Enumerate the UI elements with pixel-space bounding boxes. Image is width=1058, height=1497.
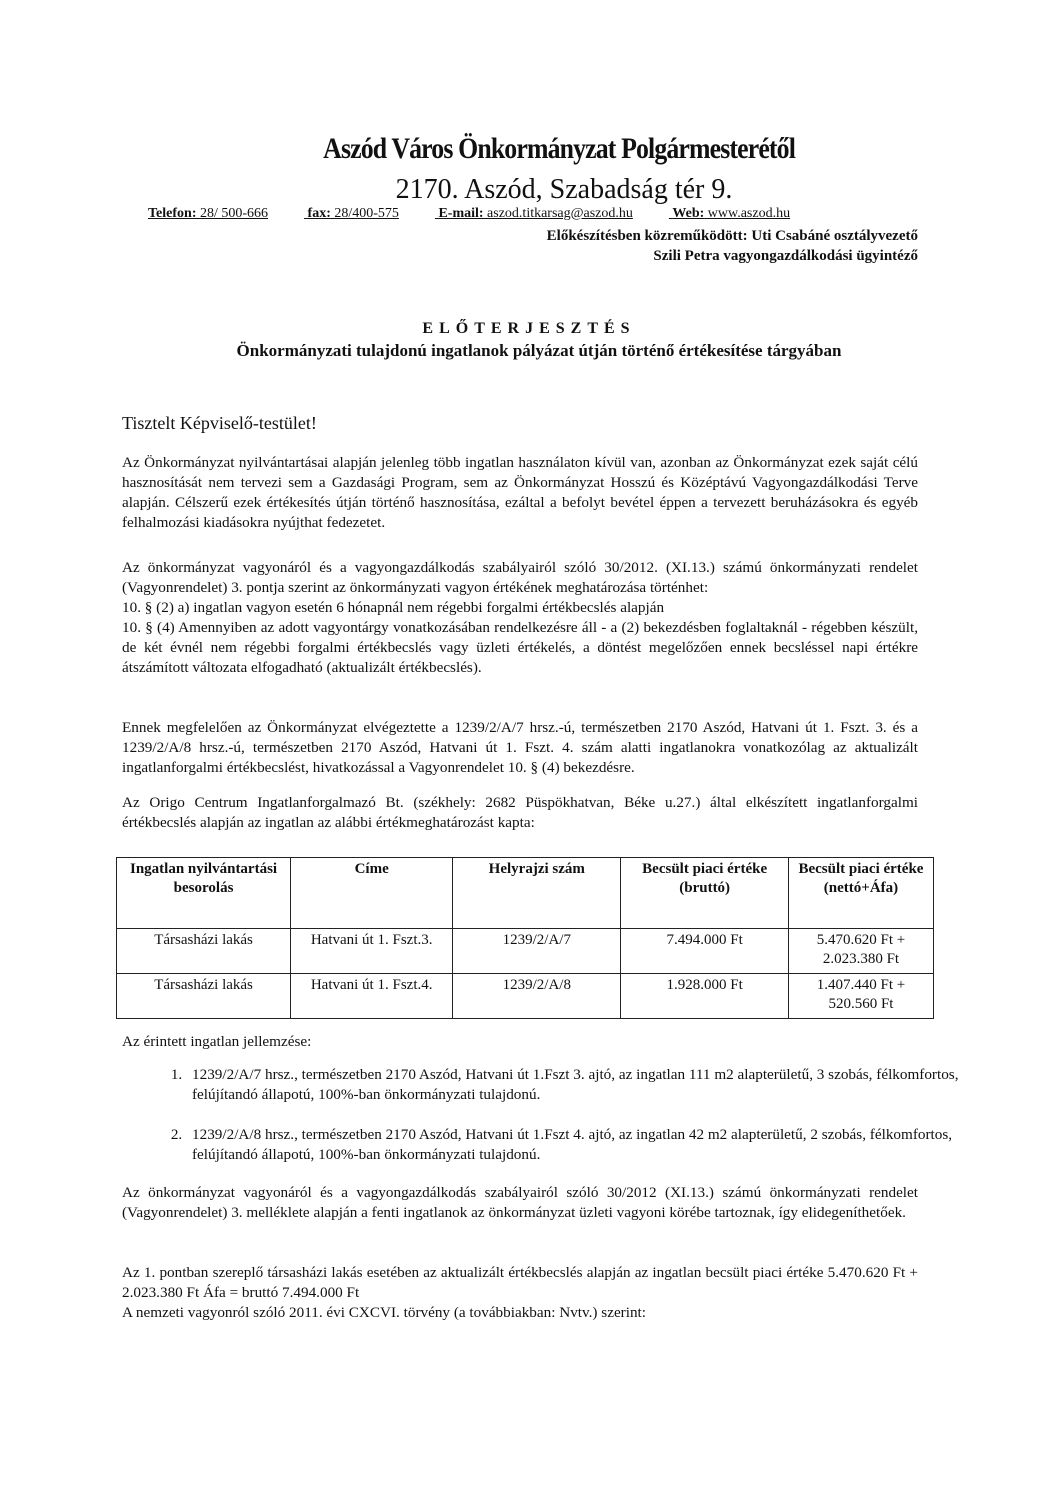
salutation: Tisztelt Képviselő-testület! [122,413,317,434]
regulation-intro: Az önkormányzat vagyonáról és a vagyonga… [122,558,918,598]
regulation-rule-b: 10. § (4) Amennyiben az adott vagyontárg… [122,618,918,678]
property-list: 1239/2/A/7 hrsz., természetben 2170 Aszó… [122,1065,982,1185]
list-item: 1239/2/A/7 hrsz., természetben 2170 Aszó… [186,1065,982,1105]
cell-address: Hatvani út 1. Fszt.4. [291,974,453,1019]
header-address: Címe [291,858,453,929]
fax-label: fax: [308,206,331,221]
cell-classification: Társasházi lakás [117,929,291,974]
list-item: 1239/2/A/8 hrsz., természetben 2170 Aszó… [186,1125,982,1165]
header-gross-value: Becsült piaci értéke (bruttó) [621,858,789,929]
web-label: Web: [672,206,704,221]
web-link[interactable]: www.aszod.hu [708,206,790,221]
national-assets-law-text: A nemzeti vagyonról szóló 2011. évi CXCV… [122,1303,918,1323]
fax-number: 28/400-575 [334,206,399,221]
table-row: Társasházi lakás Hatvani út 1. Fszt.3. 1… [117,929,934,974]
property-description-heading: Az érintett ingatlan jellemzése: [122,1032,918,1052]
letterhead-address: 2170. Aszód, Szabadság tér 9. [0,174,1058,206]
valuation-table: Ingatlan nyilvántartási besorolás Címe H… [116,857,934,1019]
header-parcel-number: Helyrajzi szám [453,858,621,929]
cell-parcel-number: 1239/2/A/8 [453,974,621,1019]
cell-gross-value: 7.494.000 Ft [621,929,789,974]
header-net-vat-value: Becsült piaci értéke (nettó+Áfa) [788,858,933,929]
cell-net-vat-value: 1.407.440 Ft + 520.560 Ft [788,974,933,1019]
document-subject: Önkormányzati tulajdonú ingatlanok pályá… [0,341,1058,361]
document-type-heading: ELŐTERJESZTÉS [0,320,1058,338]
cell-parcel-number: 1239/2/A/7 [453,929,621,974]
letterhead-title: Aszód Város Önkormányzat Polgármesterétő… [74,132,984,166]
paragraph-valuation-order: Ennek megfelelően az Önkormányzat elvége… [122,718,918,778]
email-label: E-mail: [438,206,483,221]
cell-classification: Társasházi lakás [117,974,291,1019]
paragraph-intro: Az Önkormányzat nyilvántartásai alapján … [122,453,918,533]
paragraph-regulation: Az önkormányzat vagyonáról és a vagyonga… [122,558,918,678]
paragraph-market-value: Az 1. pontban szereplő társasházi lakás … [122,1263,918,1323]
cell-net-vat-value: 5.470.620 Ft + 2.023.380 Ft [788,929,933,974]
phone-label: Telefon: [148,206,196,221]
header-classification: Ingatlan nyilvántartási besorolás [117,858,291,929]
phone-number: 28/ 500-666 [200,206,268,221]
email-link[interactable]: aszod.titkarsag@aszod.hu [487,206,633,221]
prepared-by-line-2: Szili Petra vagyongazdálkodási ügyintéző [653,248,918,265]
prepared-by-line-1: Előkészítésben közreműködött: Uti Csabán… [547,228,918,245]
table-header-row: Ingatlan nyilvántartási besorolás Címe H… [117,858,934,929]
contact-line: Telefon: 28/ 500-666 fax: 28/400-575 E-m… [148,206,918,222]
paragraph-business-assets: Az önkormányzat vagyonáról és a vagyonga… [122,1183,918,1223]
regulation-rule-a: 10. § (2) a) ingatlan vagyon esetén 6 hó… [122,598,918,618]
paragraph-valuer: Az Origo Centrum Ingatlanforgalmazó Bt. … [122,793,918,833]
cell-address: Hatvani út 1. Fszt.3. [291,929,453,974]
table-row: Társasházi lakás Hatvani út 1. Fszt.4. 1… [117,974,934,1019]
cell-gross-value: 1.928.000 Ft [621,974,789,1019]
market-value-text: Az 1. pontban szereplő társasházi lakás … [122,1263,918,1303]
